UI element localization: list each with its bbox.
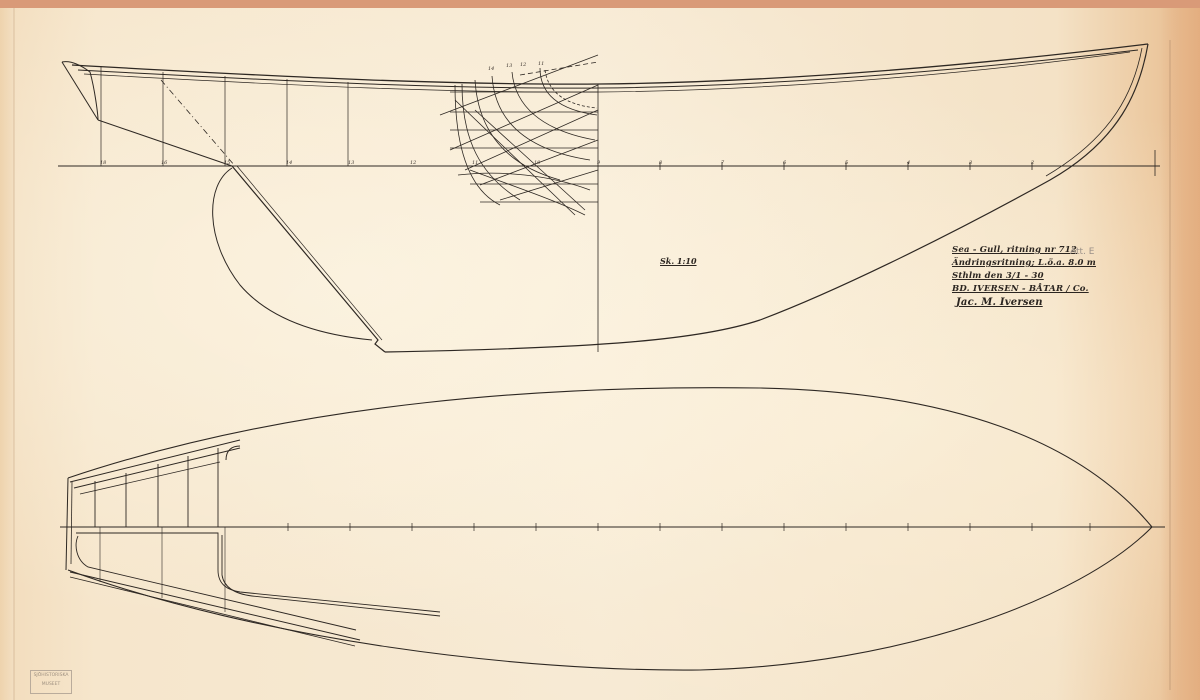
station-label: 5 [845,160,848,166]
station-label: 6 [783,160,786,166]
title-line-2: Ändringsritning; L.ö.a. 8.0 m [952,257,1096,270]
station-label: 3 [969,160,972,166]
stamp-line-2: MUSEET [31,680,71,689]
station-label: 14 [286,160,292,166]
stamp-line-1: SJÖHISTORISKA [31,671,71,680]
scale-label: Sk. 1:10 [660,256,697,266]
station-label: 13 [348,160,354,166]
title-line-3: Sthlm den 3/1 - 30 [952,270,1096,283]
body-plan-label: 14 [488,66,494,72]
annex-mark: Att. E [1070,247,1094,257]
station-label: 15 [224,160,230,166]
station-label: 10 [534,160,540,166]
body-plan-sections [440,55,598,215]
station-label: 16 [161,160,167,166]
station-label: 11 [472,160,478,166]
lines-plan-drawing [0,0,1200,700]
station-label: 8 [659,160,662,166]
plan-view [60,388,1165,670]
archive-stamp: SJÖHISTORISKA MUSEET [30,670,72,694]
station-label: 4 [907,160,910,166]
signature: Jac. M. Iversen [956,296,1096,309]
body-plan-label: 12 [520,62,526,68]
body-plan-label: 13 [506,63,512,69]
station-label: 7 [721,160,724,166]
station-label: 2 [1031,160,1034,166]
body-plan-label: 11 [538,61,544,67]
station-label: 12 [410,160,416,166]
station-label: 9 [597,160,600,166]
station-label: 18 [100,160,106,166]
title-line-4: BD. IVERSEN - BÅTAR / Co. [952,283,1096,296]
